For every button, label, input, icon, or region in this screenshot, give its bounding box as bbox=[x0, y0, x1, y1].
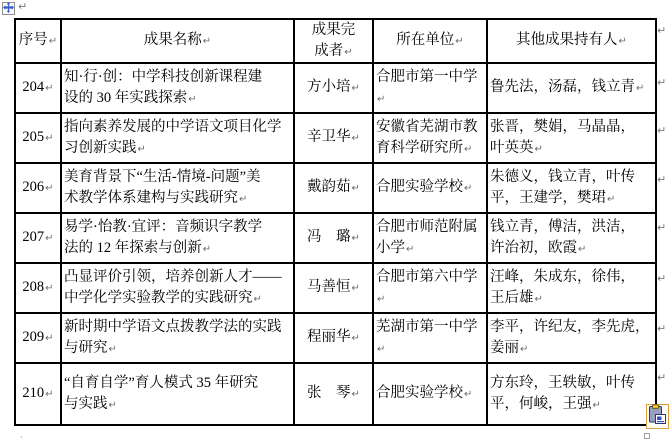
cell-no[interactable]: 204↵ bbox=[16, 64, 62, 114]
cell-end-mark: ↵ bbox=[45, 233, 53, 244]
cell-unit[interactable]: 芜湖市第一中学↵ bbox=[374, 314, 488, 364]
word-document-page: { "page": { "paragraph_mark": "↵", "bott… bbox=[0, 0, 672, 442]
row-end-mark: ↵ bbox=[657, 124, 666, 137]
cell-end-mark: ↵ bbox=[344, 47, 352, 58]
cell-end-mark: ↵ bbox=[254, 294, 262, 305]
cell-name[interactable]: 美育背景下“生活-情境-问题”美 术教学体系建构与实践研究↵ bbox=[62, 164, 295, 214]
cell-no[interactable]: 210↵ bbox=[16, 364, 62, 426]
cell-end-mark: ↵ bbox=[352, 389, 360, 400]
cell-end-mark: ↵ bbox=[49, 36, 57, 47]
cell-unit[interactable]: 合肥实验学校↵ bbox=[374, 164, 488, 214]
cell-end-mark: ↵ bbox=[45, 83, 53, 94]
cell-name[interactable]: 新时期中学语文点拨教学法的实践 与研究↵ bbox=[62, 314, 295, 364]
cell-end-mark: ↵ bbox=[203, 36, 211, 47]
cell-author[interactable]: 冯 璐↵ bbox=[295, 214, 374, 264]
table-resize-handle[interactable] bbox=[644, 433, 650, 439]
cell-unit[interactable]: 合肥实验学校↵ bbox=[374, 364, 488, 426]
cell-end-mark: ↵ bbox=[45, 133, 53, 144]
cell-others[interactable]: 朱德义，钱立青，叶传 平，王建学，樊珺↵ bbox=[488, 164, 657, 214]
cell-end-mark: ↵ bbox=[352, 183, 360, 194]
cell-others[interactable]: 李平，许纪友，李先虎， 姜丽↵ bbox=[488, 314, 657, 364]
cell-end-mark: ↵ bbox=[188, 94, 196, 105]
cell-unit[interactable]: 合肥市第一中学↵ bbox=[374, 64, 488, 114]
cell-unit[interactable]: 合肥市师范附属 小学↵ bbox=[374, 214, 488, 264]
cell-end-mark: ↵ bbox=[464, 389, 472, 400]
cell-end-mark: ↵ bbox=[138, 144, 146, 155]
header-no[interactable]: 序号↵ bbox=[16, 20, 62, 64]
cell-author[interactable]: 马善恒↵ bbox=[295, 264, 374, 314]
cell-no[interactable]: 206↵ bbox=[16, 164, 62, 214]
row-end-mark: ↵ bbox=[657, 322, 666, 335]
cell-others[interactable]: 方东玲，王轶敏，叶传 平，何峻，王强↵ bbox=[488, 364, 657, 426]
cell-end-mark: ↵ bbox=[352, 133, 360, 144]
row-end-mark: ↵ bbox=[657, 221, 666, 234]
cell-end-mark: ↵ bbox=[406, 244, 414, 255]
paragraph-mark: ↵ bbox=[18, 0, 27, 13]
cell-end-mark: ↵ bbox=[45, 389, 53, 400]
header-others[interactable]: 其他成果持有人↵ bbox=[488, 20, 657, 64]
cell-name[interactable]: 易学·怡教·宜评：音频识字教学 法的 12 年探索与创新↵ bbox=[62, 214, 295, 264]
cell-name[interactable]: 凸显评价引领，培养创新人才—— 中学化学实验教学的实践研究↵ bbox=[62, 264, 295, 314]
cell-end-mark: ↵ bbox=[619, 36, 627, 47]
move-arrows-icon bbox=[3, 0, 14, 18]
cell-end-mark: ↵ bbox=[636, 83, 644, 94]
cell-end-mark: ↵ bbox=[239, 194, 247, 205]
clipboard-paste-icon bbox=[648, 404, 667, 430]
cell-end-mark: ↵ bbox=[109, 400, 117, 411]
cell-no[interactable]: 205↵ bbox=[16, 114, 62, 164]
cell-end-mark: ↵ bbox=[377, 294, 385, 305]
paragraph-mark-clipped: · bbox=[20, 435, 23, 442]
cell-end-mark: ↵ bbox=[203, 244, 211, 255]
cell-end-mark: ↵ bbox=[109, 344, 117, 355]
cell-no[interactable]: 209↵ bbox=[16, 314, 62, 364]
row-end-mark: ↵ bbox=[657, 24, 666, 37]
cell-others[interactable]: 鲁先法，汤磊，钱立青↵ bbox=[488, 64, 657, 114]
cell-end-mark: ↵ bbox=[520, 344, 528, 355]
cell-name[interactable]: 指向素养发展的中学语文项目化学 习创新实践↵ bbox=[62, 114, 295, 164]
cell-end-mark: ↵ bbox=[352, 233, 360, 244]
cell-end-mark: ↵ bbox=[607, 194, 615, 205]
cell-others[interactable]: 汪峰，朱成东，徐伟， 王后雄↵ bbox=[488, 264, 657, 314]
header-label: 所在单位 bbox=[396, 32, 454, 48]
cell-end-mark: ↵ bbox=[45, 183, 53, 194]
cell-end-mark: ↵ bbox=[352, 283, 360, 294]
cell-author[interactable]: 方小培↵ bbox=[295, 64, 374, 114]
header-unit[interactable]: 所在单位↵ bbox=[374, 20, 488, 64]
cell-end-mark: ↵ bbox=[455, 36, 463, 47]
header-label: 成果名称 bbox=[144, 32, 202, 48]
results-table: 序号↵ 成果名称↵ 成果完 成者↵ 所在单位↵ 其他成果持有人↵ 204↵ 知·… bbox=[14, 18, 657, 426]
paste-options-button[interactable] bbox=[646, 404, 669, 429]
row-end-mark: ↵ bbox=[657, 371, 666, 384]
cell-unit[interactable]: 安徽省芜湖市教 育科学研究所↵ bbox=[374, 114, 488, 164]
table-move-handle[interactable] bbox=[2, 2, 15, 15]
cell-end-mark: ↵ bbox=[377, 344, 385, 355]
cell-author[interactable]: 程丽华↵ bbox=[295, 314, 374, 364]
cell-end-mark: ↵ bbox=[464, 183, 472, 194]
cell-end-mark: ↵ bbox=[45, 283, 53, 294]
header-author[interactable]: 成果完 成者↵ bbox=[295, 20, 374, 64]
cell-others[interactable]: 钱立青，傅洁，洪洁， 许治初，欧霞↵ bbox=[488, 214, 657, 264]
header-label: 序号 bbox=[19, 32, 48, 48]
cell-end-mark: ↵ bbox=[464, 144, 472, 155]
cell-unit[interactable]: 合肥市第六中学↵ bbox=[374, 264, 488, 314]
cell-name[interactable]: 知·行·创：中学科技创新课程建 设的 30 年实践探索↵ bbox=[62, 64, 295, 114]
row-end-mark: ↵ bbox=[657, 173, 666, 186]
cell-no[interactable]: 208↵ bbox=[16, 264, 62, 314]
row-end-mark: ↵ bbox=[657, 272, 666, 285]
cell-end-mark: ↵ bbox=[377, 94, 385, 105]
cell-end-mark: ↵ bbox=[352, 333, 360, 344]
cell-end-mark: ↵ bbox=[45, 333, 53, 344]
cell-name[interactable]: “自育自学”育人模式 35 年研究 与实践↵ bbox=[62, 364, 295, 426]
cell-no[interactable]: 207↵ bbox=[16, 214, 62, 264]
cell-author[interactable]: 戴韵茹↵ bbox=[295, 164, 374, 214]
cell-author[interactable]: 辛卫华↵ bbox=[295, 114, 374, 164]
cell-author[interactable]: 张 琴↵ bbox=[295, 364, 374, 426]
row-end-mark: ↵ bbox=[657, 76, 666, 89]
header-name[interactable]: 成果名称↵ bbox=[62, 20, 295, 64]
header-label: 其他成果持有人 bbox=[516, 32, 618, 48]
cell-end-mark: ↵ bbox=[535, 144, 543, 155]
cell-end-mark: ↵ bbox=[578, 244, 586, 255]
cell-end-mark: ↵ bbox=[535, 294, 543, 305]
cell-end-mark: ↵ bbox=[593, 400, 601, 411]
cell-end-mark: ↵ bbox=[352, 83, 360, 94]
cell-others[interactable]: 张晋，樊娟，马晶晶， 叶英英↵ bbox=[488, 114, 657, 164]
